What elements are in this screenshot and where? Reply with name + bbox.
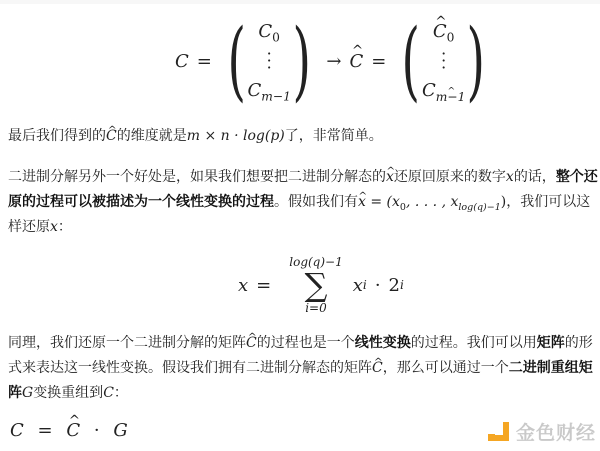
equation-recombine: C = C · G xyxy=(10,420,128,441)
equation-summation: x = log(q)−1 ∑ i=0 xi · 2i xyxy=(238,250,404,320)
vertical-dots-2: ··· xyxy=(441,51,446,72)
paragraph-dimension: 最后我们得到的C的维度就是m × n · log(p)了，非常简单。 xyxy=(8,124,598,149)
eq-equals: = xyxy=(197,51,212,72)
jinse-logo-icon xyxy=(488,422,510,442)
sigma-block: log(q)−1 ∑ i=0 xyxy=(289,255,342,315)
paragraph-linear-transform: 二进制分解另外一个好处是，如果我们想要把二进制分解态的x还原回原来的数字x的话，… xyxy=(8,165,598,240)
left-paren: ( xyxy=(227,18,245,104)
vector-c: C0 ··· Cm−1 xyxy=(247,21,290,101)
watermark: 金色财经 xyxy=(488,418,596,445)
math-x-2: x xyxy=(50,219,58,235)
vector-c-hat: C0 ··· Cm−1 xyxy=(422,21,465,101)
math-dimension: m × n · log(p) xyxy=(187,128,285,144)
math-x: x xyxy=(506,169,514,185)
eq-lhs-hat: C xyxy=(350,51,364,72)
math-c-hat: C xyxy=(106,124,117,149)
math-x-hat: x xyxy=(386,165,394,190)
vector-last: Cm−1 xyxy=(247,80,290,101)
arrow: → xyxy=(326,51,341,72)
eq-equals-2: = xyxy=(371,51,386,72)
right-paren: ) xyxy=(292,18,310,104)
vector-hat-first: C0 xyxy=(433,21,455,42)
top-strip xyxy=(0,0,600,4)
paragraph-matrix-recombine: 同理，我们还原一个二进制分解的矩阵C的过程也是一个线性变换的过程。我们可以用矩阵… xyxy=(8,331,598,406)
eq-lhs: C xyxy=(175,51,189,72)
left-paren-2: ( xyxy=(402,18,420,104)
math-x-vector: = (x0, . . . , xlog(q)−1) xyxy=(366,194,506,210)
vector-first: C0 xyxy=(258,21,280,42)
vertical-dots: ··· xyxy=(267,51,272,72)
sum-lower-limit: i=0 xyxy=(305,301,327,315)
equation-matrix-decomposition: C = ( C0 ··· Cm−1 ) → C = ( C0 ··· Cm−1 … xyxy=(175,16,493,106)
sigma-icon: ∑ xyxy=(305,269,328,301)
vector-hat-last: Cm−1 xyxy=(422,80,465,101)
right-paren-2: ) xyxy=(467,18,485,104)
math-x-hat-2: x xyxy=(358,190,366,215)
watermark-text: 金色财经 xyxy=(516,418,596,445)
